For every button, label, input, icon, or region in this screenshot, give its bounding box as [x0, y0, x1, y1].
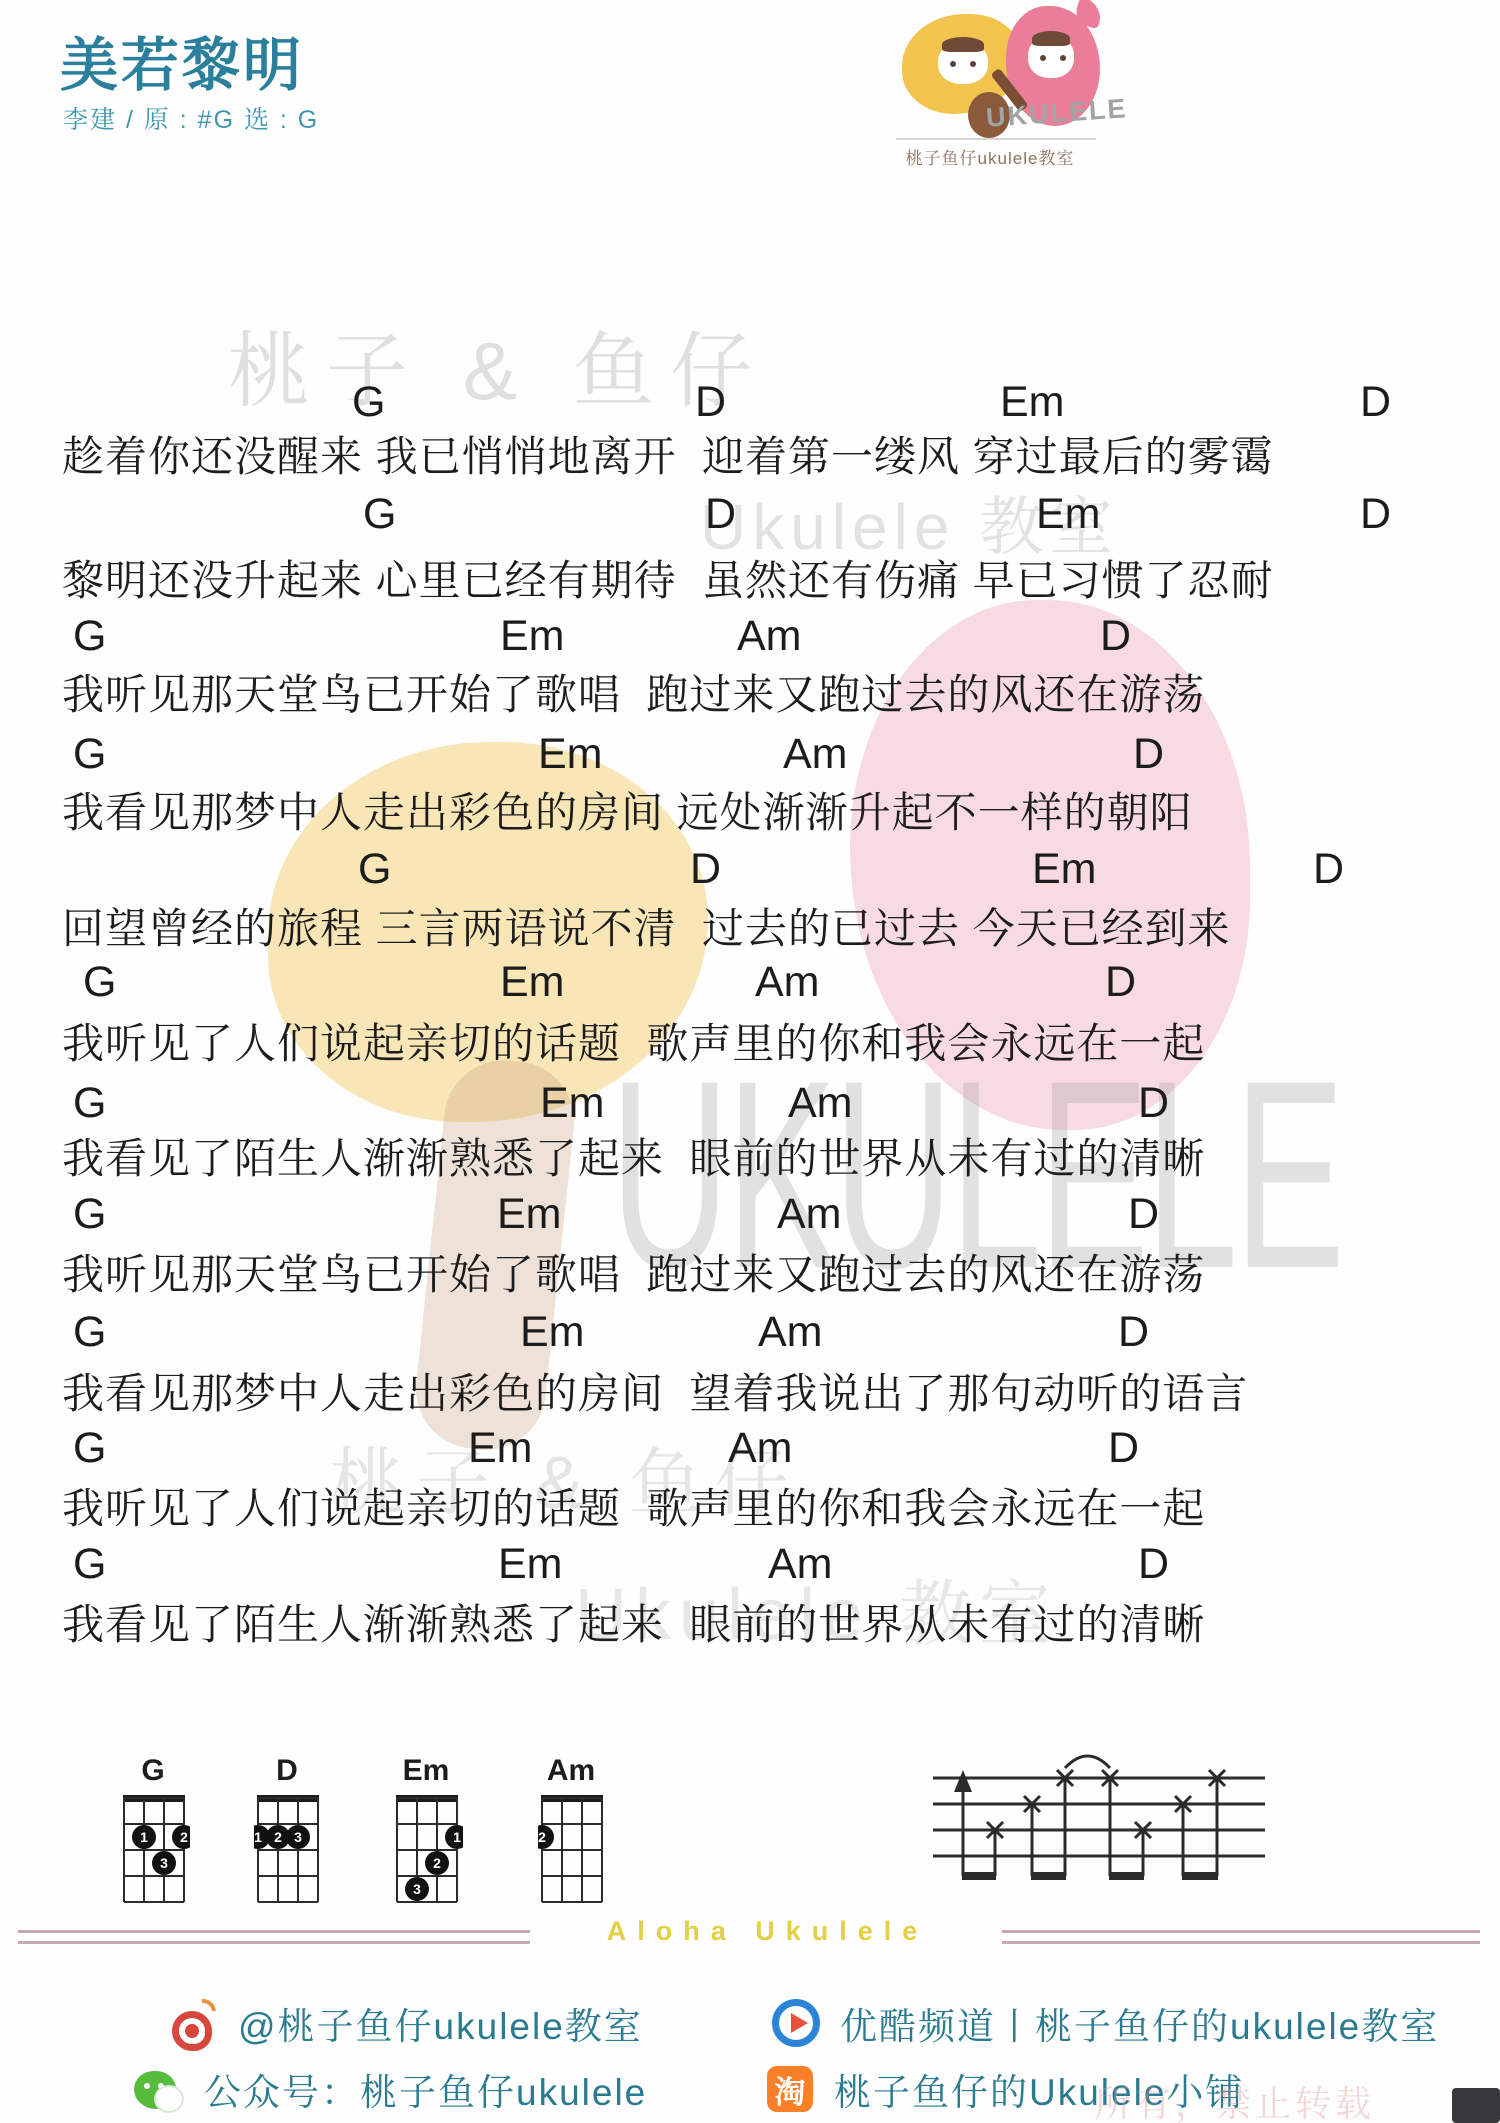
- chord-row: GEmAmD: [0, 958, 1500, 1004]
- lyric-line: 我看见了陌生人渐渐熟悉了起来 眼前的世界从未有过的清晰: [62, 1126, 1205, 1186]
- chord-label: G: [358, 845, 391, 894]
- chord-label: G: [73, 1308, 106, 1357]
- chord-label: Am: [777, 1190, 842, 1239]
- chord-label: D: [1360, 490, 1391, 539]
- chord-row: GEmAmD: [0, 1424, 1500, 1470]
- youku-play-icon: [791, 2013, 808, 2033]
- chord-label: Em: [520, 1308, 585, 1357]
- youku-icon: [770, 1997, 822, 2049]
- svg-text:2: 2: [538, 1829, 546, 1845]
- chord-label: D: [1360, 378, 1391, 427]
- chord-label: D: [1100, 612, 1131, 661]
- chord-label: D: [1313, 845, 1344, 894]
- chord-label: Em: [1036, 490, 1101, 539]
- chord-label: Am: [788, 1079, 853, 1128]
- taobao-icon: 淘: [764, 2063, 816, 2115]
- chord-diagram-label: Em: [393, 1754, 459, 1788]
- chord-label: Am: [768, 1540, 833, 1589]
- chord-diagram-label: G: [120, 1754, 186, 1788]
- chord-label: Em: [498, 1540, 563, 1589]
- chord-row: GEmAmD: [0, 1308, 1500, 1354]
- chord-label: Em: [500, 612, 565, 661]
- chord-row: GDEmD: [0, 490, 1500, 536]
- chord-label: Am: [728, 1424, 793, 1473]
- chord-row: GEmAmD: [0, 1190, 1500, 1236]
- footer-item-weibo: @桃子鱼仔ukulele教室: [168, 1996, 643, 2050]
- lyric-line: 我听见那天堂鸟已开始了歌唱 跑过来又跑过去的风还在游荡: [62, 1242, 1205, 1302]
- chord-label: Am: [755, 958, 820, 1007]
- svg-text:2: 2: [274, 1829, 282, 1845]
- lyric-line: 我听见那天堂鸟已开始了歌唱 跑过来又跑过去的风还在游荡: [62, 662, 1205, 722]
- lyric-line: 我听见了人们说起亲切的话题 歌声里的你和我会永远在一起: [62, 1011, 1205, 1071]
- chord-label: G: [73, 730, 106, 779]
- taobao-glyph-icon: 淘: [767, 2066, 813, 2112]
- chord-label: G: [73, 1424, 106, 1473]
- footer-item-wechat: 公众号：桃子鱼仔ukulele: [134, 2062, 647, 2116]
- song-sheet-page: 桃子 & 鱼仔 Ukulele 教室 UKULELE 桃子 & 鱼仔 Ukule…: [0, 0, 1500, 2123]
- chord-row: GEmAmD: [0, 730, 1500, 776]
- song-body: GDEmD趁着你还没醒来 我已悄悄地离开 迎着第一缕风 穿过最后的雾霭GDEmD…: [0, 0, 1500, 1700]
- chord-diagram-D: 123: [254, 1792, 324, 1908]
- chord-label: Em: [538, 730, 603, 779]
- chord-row: GDEmD: [0, 845, 1500, 891]
- wechat-icon: [134, 2063, 186, 2115]
- chord-label: G: [73, 1079, 106, 1128]
- chord-label: Em: [1000, 378, 1065, 427]
- divider-line: [18, 1941, 530, 1944]
- chord-label: D: [1128, 1190, 1159, 1239]
- lyric-line: 我听见了人们说起亲切的话题 歌声里的你和我会永远在一起: [62, 1476, 1205, 1536]
- svg-text:2: 2: [180, 1829, 188, 1845]
- chord-label: G: [73, 612, 106, 661]
- divider-line: [1002, 1930, 1480, 1933]
- svg-text:3: 3: [413, 1881, 421, 1897]
- chord-diagram-Am: 2: [538, 1792, 608, 1908]
- chord-label: D: [705, 490, 736, 539]
- lyric-line: 回望曾经的旅程 三言两语说不清 过去的已过去 今天已经到来: [62, 896, 1231, 956]
- lyric-line: 我看见那梦中人走出彩色的房间 望着我说出了那句动听的语言: [62, 1361, 1248, 1421]
- chord-label: G: [73, 1190, 106, 1239]
- svg-text:3: 3: [294, 1829, 302, 1845]
- strum-pattern-svg: [925, 1740, 1275, 1900]
- chord-label: D: [695, 378, 726, 427]
- chord-diagram-label: D: [254, 1754, 320, 1788]
- svg-text:1: 1: [140, 1829, 148, 1845]
- svg-text:1: 1: [254, 1829, 262, 1845]
- chord-label: D: [1105, 958, 1136, 1007]
- chord-label: Am: [783, 730, 848, 779]
- copyright-watermark: 所有，禁止转载: [1095, 2076, 1375, 2123]
- chord-diagram-Em: 123: [393, 1792, 463, 1908]
- lyric-line: 趁着你还没醒来 我已悄悄地离开 迎着第一缕风 穿过最后的雾霭: [62, 424, 1274, 484]
- chord-label: D: [1133, 730, 1164, 779]
- chord-label: Em: [1032, 845, 1097, 894]
- chord-label: D: [1118, 1308, 1149, 1357]
- footer-item-label: 优酷频道丨桃子鱼仔的ukulele教室: [840, 1996, 1439, 2050]
- chord-diagram-label: Am: [538, 1754, 604, 1788]
- divider-line: [18, 1930, 530, 1933]
- chord-label: Em: [497, 1190, 562, 1239]
- chord-label: G: [352, 378, 385, 427]
- chord-row: GDEmD: [0, 378, 1500, 424]
- strum-pattern: [925, 1740, 1275, 1905]
- lyric-line: 我看见那梦中人走出彩色的房间 远处渐渐升起不一样的朝阳: [62, 780, 1193, 840]
- svg-text:2: 2: [433, 1855, 441, 1871]
- chord-label: D: [1138, 1079, 1169, 1128]
- chord-diagram-G: 123: [120, 1792, 190, 1908]
- wechat-small-bubble-icon: [154, 2085, 184, 2113]
- chord-row: GEmAmD: [0, 612, 1500, 658]
- chord-label: Em: [468, 1424, 533, 1473]
- chord-row: GEmAmD: [0, 1540, 1500, 1586]
- weibo-icon: [168, 1997, 220, 2049]
- chord-label: G: [363, 490, 396, 539]
- divider-label: Aloha Ukulele: [540, 1916, 995, 1947]
- chord-label: G: [83, 958, 116, 1007]
- chord-label: Em: [540, 1079, 605, 1128]
- chord-label: Am: [737, 612, 802, 661]
- footer-item-label: @桃子鱼仔ukulele教室: [238, 1996, 643, 2050]
- chord-label: Em: [500, 958, 565, 1007]
- svg-text:3: 3: [160, 1855, 168, 1871]
- lyric-line: 我看见了陌生人渐渐熟悉了起来 眼前的世界从未有过的清晰: [62, 1592, 1205, 1652]
- chord-label: D: [690, 845, 721, 894]
- footer-item-youku: 优酷频道丨桃子鱼仔的ukulele教室: [770, 1996, 1439, 2050]
- footer-item-label: 公众号：桃子鱼仔ukulele: [204, 2062, 647, 2116]
- chord-label: D: [1138, 1540, 1169, 1589]
- chord-label: G: [73, 1540, 106, 1589]
- chord-label: D: [1108, 1424, 1139, 1473]
- chord-row: GEmAmD: [0, 1079, 1500, 1125]
- divider-line: [1002, 1941, 1480, 1944]
- lyric-line: 黎明还没升起来 心里已经有期待 虽然还有伤痛 早已习惯了忍耐: [62, 548, 1274, 608]
- corner-sticker: [1452, 2088, 1500, 2123]
- chord-label: Am: [758, 1308, 823, 1357]
- svg-text:1: 1: [453, 1829, 461, 1845]
